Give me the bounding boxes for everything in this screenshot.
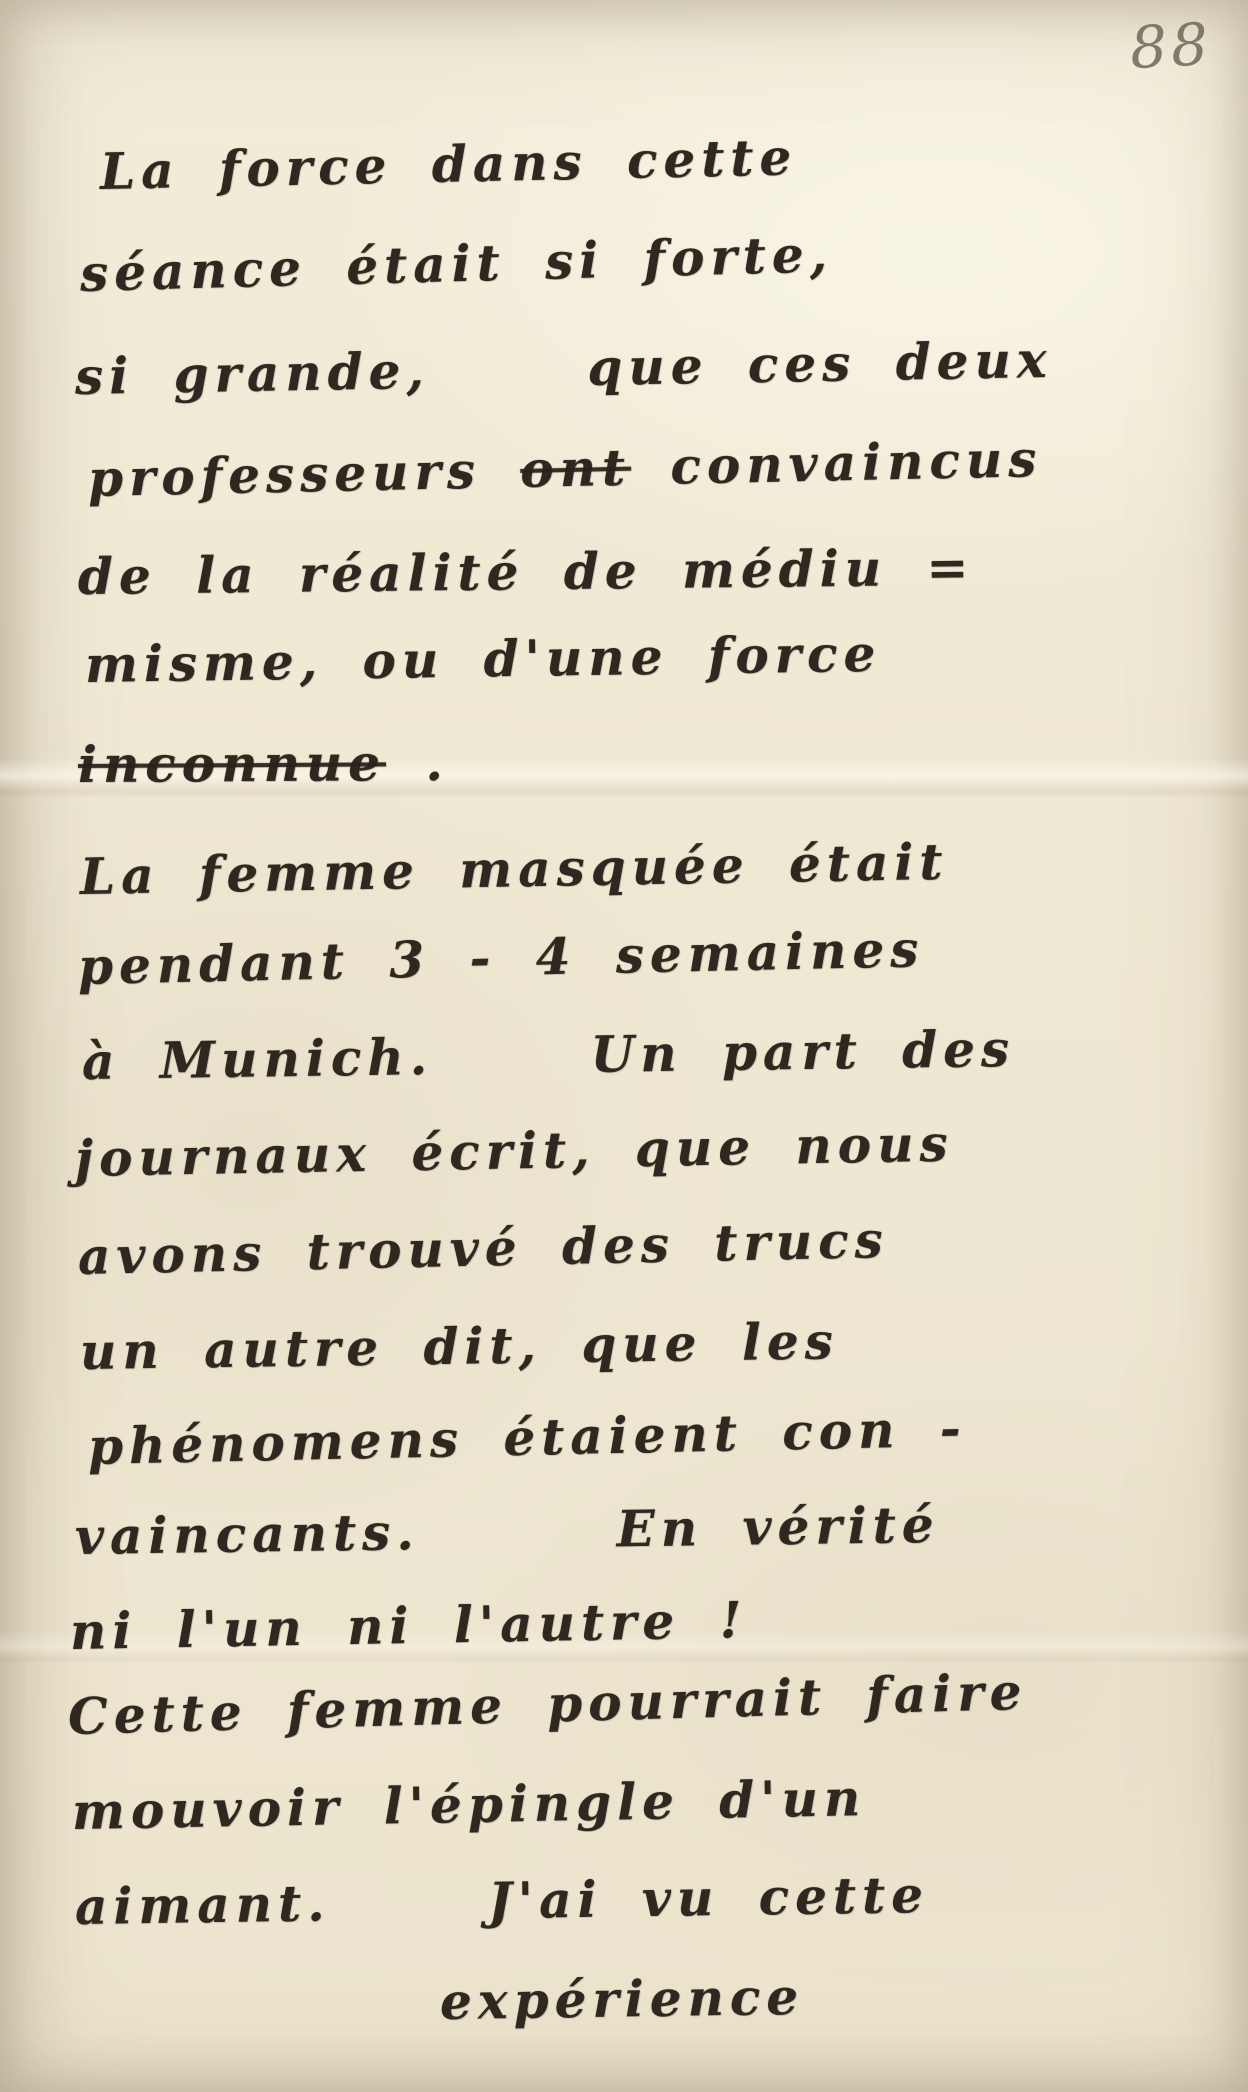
letter-line: misme, ou d'une force: [85, 624, 882, 694]
letter-body: La force dans cetteséance était si forte…: [0, 0, 1248, 2092]
letter-line: à Munich. Un part des: [82, 1019, 1016, 1091]
letter-line: phénomens étaient con -: [87, 1399, 967, 1476]
letter-page: 88 La force dans cetteséance était si fo…: [0, 0, 1248, 2092]
letter-line: aimant. J'ai vu cette: [75, 1865, 930, 1936]
letter-text: vaincants. En vérité: [75, 1495, 940, 1566]
letter-line: Cette femme pourrait faire: [67, 1662, 1028, 1746]
letter-text: .: [386, 733, 449, 792]
letter-line: mouvoir l'épingle d'un: [71, 1768, 866, 1841]
letter-text: un autre dit, que les: [80, 1311, 840, 1381]
letter-text: Cette femme pourrait faire: [67, 1662, 1028, 1746]
letter-text: pendant 3 - 4 semaines: [77, 919, 925, 996]
letter-text: professeurs: [87, 440, 520, 508]
letter-line: vaincants. En vérité: [75, 1495, 940, 1566]
letter-line: pendant 3 - 4 semaines: [77, 919, 925, 996]
letter-text: à Munich. Un part des: [82, 1019, 1016, 1091]
letter-text: convaincus: [630, 429, 1042, 497]
letter-text: La force dans cette: [99, 127, 797, 201]
letter-text: de la réalité de médiu =: [78, 538, 975, 606]
struck-word: ont: [520, 438, 632, 499]
letter-line: avons trouvé des trucs: [77, 1210, 889, 1286]
letter-text: misme, ou d'une force: [85, 624, 882, 694]
letter-text: séance était si forte,: [79, 224, 834, 303]
letter-line: professeurs ont convaincus: [87, 429, 1042, 508]
letter-line: inconnue .: [78, 733, 449, 794]
letter-line: ni l'un ni l'autre !: [69, 1590, 748, 1661]
letter-text: phénomens étaient con -: [87, 1399, 967, 1476]
letter-line: séance était si forte,: [79, 224, 834, 303]
letter-text: aimant. J'ai vu cette: [75, 1865, 930, 1936]
letter-text: ni l'un ni l'autre !: [69, 1590, 748, 1661]
letter-line: un autre dit, que les: [80, 1311, 840, 1381]
letter-text: expérience: [440, 1967, 805, 2031]
letter-text: journaux écrit, que nous: [74, 1114, 954, 1188]
letter-text: mouvoir l'épingle d'un: [71, 1768, 866, 1841]
struck-word: inconnue: [78, 733, 386, 794]
letter-text: La femme masquée était: [79, 832, 948, 906]
letter-line: si grande, que ces deux: [74, 330, 1053, 406]
letter-text: avons trouvé des trucs: [77, 1210, 889, 1286]
letter-line: La femme masquée était: [79, 832, 948, 906]
letter-line: journaux écrit, que nous: [74, 1114, 954, 1188]
letter-line: La force dans cette: [99, 127, 797, 201]
letter-line: expérience: [440, 1967, 805, 2031]
letter-line: de la réalité de médiu =: [78, 538, 975, 606]
letter-text: si grande, que ces deux: [74, 330, 1053, 406]
